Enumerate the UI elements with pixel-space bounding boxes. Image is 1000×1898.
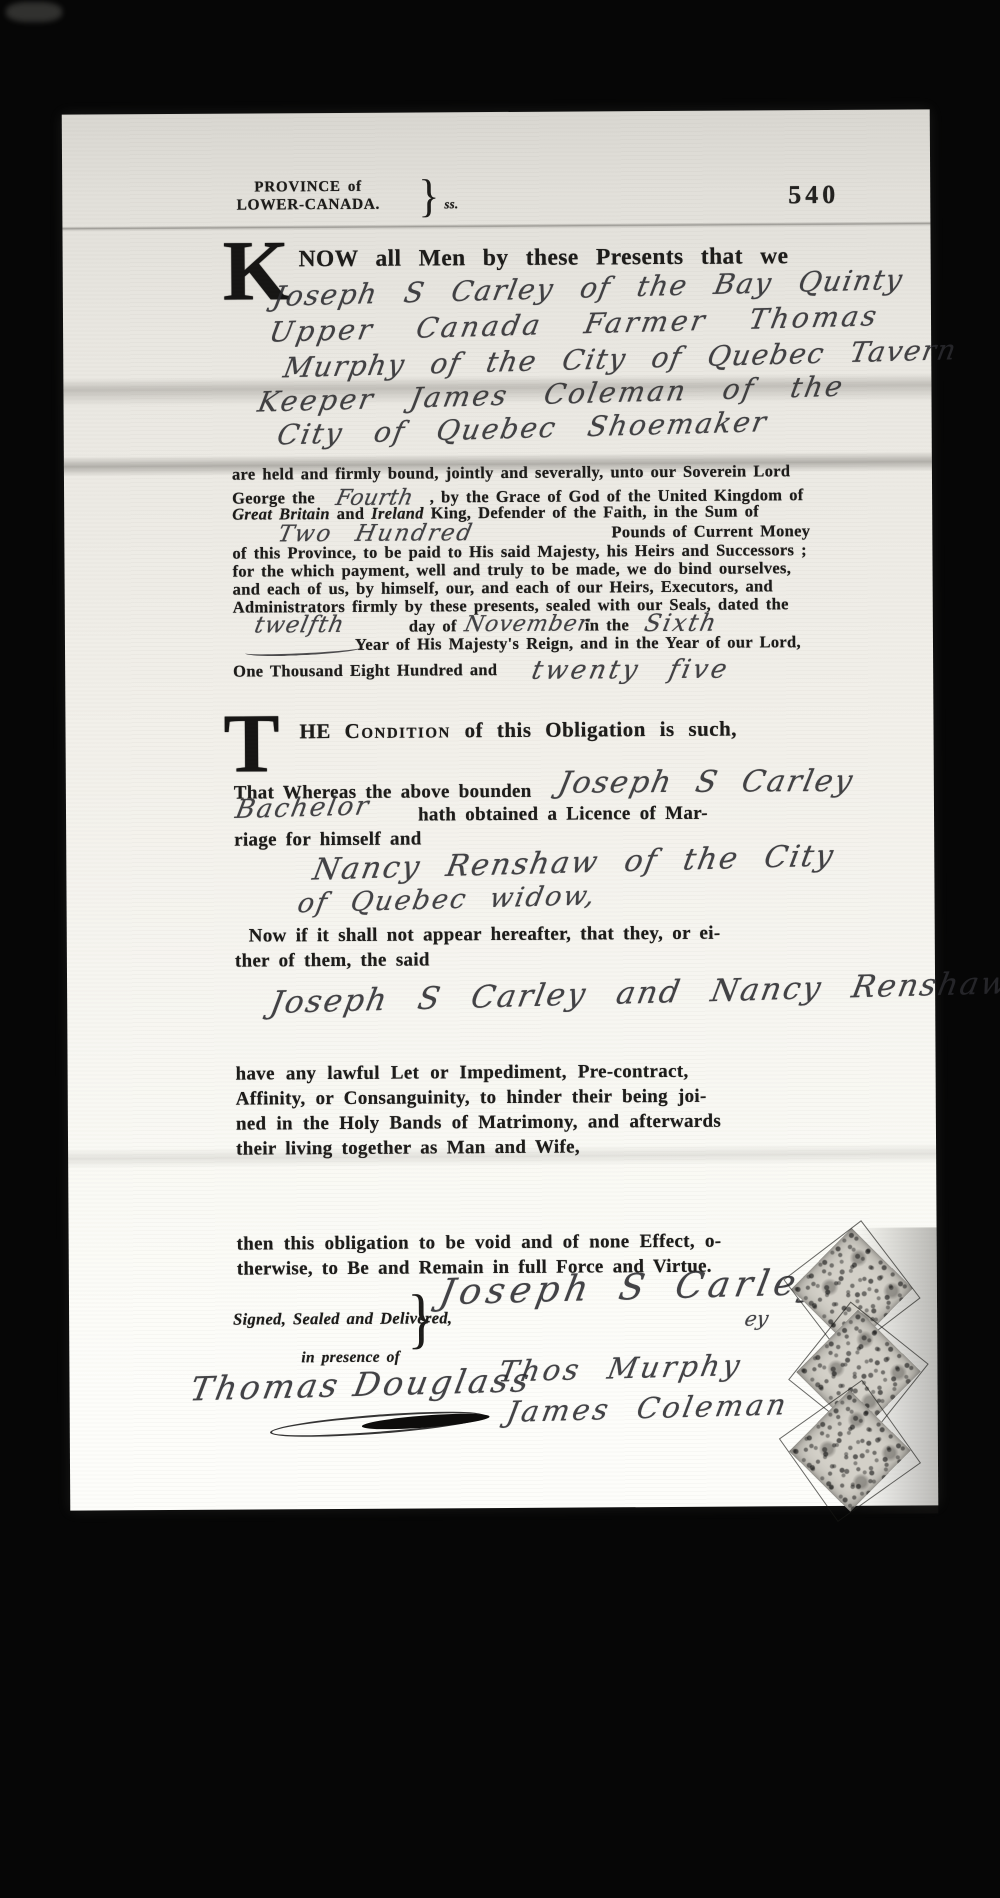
header-brace-icon: } (418, 169, 439, 223)
condition-heading-condition: Condition (345, 718, 451, 743)
condition-heading-rest: of this Obligation is such, (464, 717, 737, 743)
header-ss-label: ss. (444, 196, 458, 212)
header-province-line2: LOWER-CANADA. (222, 196, 394, 215)
bond-year-pre: One Thousand Eight Hundred and (233, 660, 497, 681)
attestation-brace-icon: } (407, 1279, 435, 1356)
signature-james-coleman: James Coleman (504, 1387, 792, 1429)
condition-line: Affinity, or Consanguinity, to hinder th… (236, 1086, 707, 1111)
condition-heading-he: HE (299, 719, 330, 743)
film-scratch-top-left (6, 2, 62, 22)
condition-line: have any lawful Let or Impediment, Pre-c… (236, 1061, 689, 1086)
douglass-flourish-blot (361, 1411, 490, 1433)
condition-line: ned in the Holy Bands of Matrimony, and … (236, 1111, 721, 1136)
microfilm-scan-background: PROVINCE of LOWER-CANADA. } ss. 540 K NO… (0, 0, 1000, 1898)
seal-outline (779, 1380, 921, 1522)
handwritten-groom-status: Bachelor (233, 791, 373, 825)
dropcap-t: T (223, 711, 279, 777)
signature-witness-douglass: Thomas Douglass (187, 1360, 535, 1408)
fold-line-top (62, 221, 930, 231)
handwritten-couple-names: Joseph S Carley and Nancy Renshaw (267, 965, 1000, 1021)
condition-line: riage for himself and (234, 828, 421, 851)
signature-thos-murphy: Thos Murphy (496, 1348, 746, 1389)
handwritten-day-word: twelfth (252, 612, 347, 639)
header-province-line1: PROVINCE of (222, 179, 394, 197)
douglass-flourish-outline (269, 1407, 486, 1442)
handwritten-groom-name: Joseph S Carley (555, 764, 857, 801)
condition-heading: HE Condition of this Obligation is such, (299, 717, 737, 745)
header-province: PROVINCE of LOWER-CANADA. (222, 179, 394, 215)
closing-line: then this obligation to be void and of n… (237, 1231, 722, 1256)
condition-line: ther of them, the said (235, 949, 430, 972)
signature-joseph-carley-suffix: ey (743, 1306, 771, 1331)
page-number: 540 (788, 180, 839, 210)
condition-line: their living together as Man and Wife, (236, 1137, 580, 1161)
document-paper: PROVINCE of LOWER-CANADA. } ss. 540 K NO… (62, 109, 939, 1510)
condition-line: Now if it shall not appear hereafter, th… (249, 923, 721, 948)
bond-pounds-label: Pounds of Current Money (611, 521, 810, 542)
condition-line: hath obtained a Licence of Mar- (418, 803, 708, 827)
bond-year-line: One Thousand Eight Hundred and twenty fi… (233, 651, 730, 684)
handwritten-year-words: twenty five (529, 655, 732, 686)
